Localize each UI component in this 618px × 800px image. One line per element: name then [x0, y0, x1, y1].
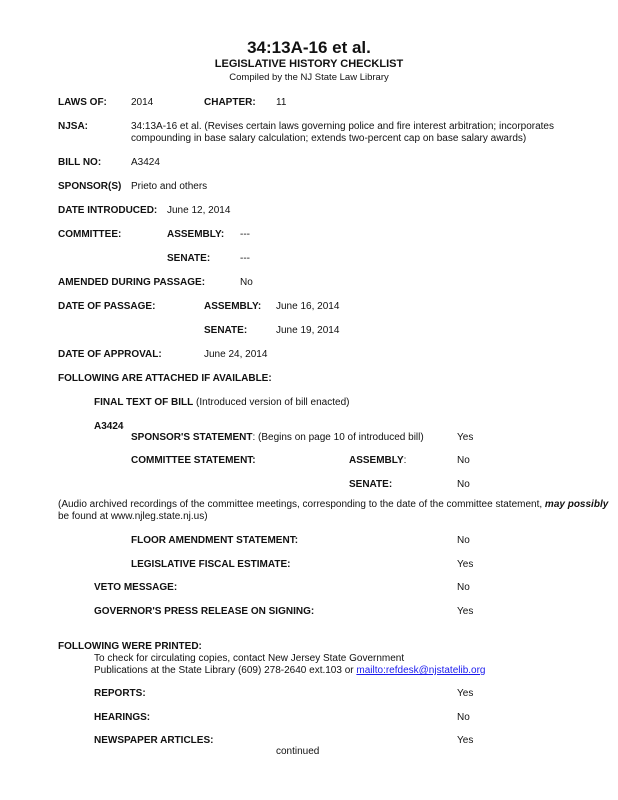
cs-assembly-label: ASSEMBLY: [349, 455, 404, 466]
veto-value: No: [457, 582, 470, 593]
audio-note-line1: (Audio archived recordings of the commit…: [58, 499, 608, 510]
audio-note-line2: be found at www.njleg.state.nj.us): [58, 511, 208, 522]
printed-line2-text: Publications at the State Library (609) …: [94, 665, 356, 676]
committee-senate-value: ---: [240, 253, 250, 264]
newspaper-value: Yes: [457, 735, 473, 746]
passage-senate-label: SENATE:: [204, 325, 247, 336]
reports-label: REPORTS:: [94, 688, 146, 699]
njsa-label: NJSA:: [58, 121, 88, 132]
njsa-value-line1: 34:13A-16 et al. (Revises certain laws g…: [131, 121, 554, 132]
final-text-note: (Introduced version of bill enacted): [193, 397, 349, 408]
fiscal-estimate-value: Yes: [457, 559, 473, 570]
date-of-approval-value: June 24, 2014: [204, 349, 267, 360]
press-release-value: Yes: [457, 606, 473, 617]
cs-assembly-row: ASSEMBLY:: [349, 455, 406, 466]
document-subtitle: LEGISLATIVE HISTORY CHECKLIST: [0, 58, 618, 70]
chapter-label: CHAPTER:: [204, 97, 256, 108]
email-link[interactable]: mailto:refdesk@njstatelib.org: [356, 665, 485, 676]
audio-note-emphasis: may possibly: [545, 499, 608, 510]
final-text-row: FINAL TEXT OF BILL (Introduced version o…: [94, 397, 349, 408]
sponsor-value: Prieto and others: [131, 181, 207, 192]
final-text-label: FINAL TEXT OF BILL: [94, 397, 193, 408]
sponsor-statement-label: SPONSOR'S STATEMENT: [131, 432, 252, 443]
cs-assembly-value: No: [457, 455, 470, 466]
njsa-value-line2: compounding in base salary calculation; …: [131, 133, 526, 144]
hearings-label: HEARINGS:: [94, 712, 150, 723]
veto-label: VETO MESSAGE:: [94, 582, 177, 593]
laws-of-label: LAWS OF:: [58, 97, 107, 108]
date-of-approval-label: DATE OF APPROVAL:: [58, 349, 162, 360]
printed-line2: Publications at the State Library (609) …: [94, 665, 486, 676]
cs-senate-label: SENATE:: [349, 479, 392, 490]
date-introduced-value: June 12, 2014: [167, 205, 230, 216]
bill-id: A3424: [94, 421, 123, 432]
committee-senate-label: SENATE:: [167, 253, 210, 264]
amended-value: No: [240, 277, 253, 288]
press-release-label: GOVERNOR'S PRESS RELEASE ON SIGNING:: [94, 606, 314, 617]
laws-of-value: 2014: [131, 97, 153, 108]
hearings-value: No: [457, 712, 470, 723]
attached-heading: FOLLOWING ARE ATTACHED IF AVAILABLE:: [58, 373, 272, 384]
bill-no-value: A3424: [131, 157, 160, 168]
passage-assembly-label: ASSEMBLY:: [204, 301, 261, 312]
chapter-value: 11: [276, 97, 286, 108]
date-of-passage-label: DATE OF PASSAGE:: [58, 301, 155, 312]
audio-note-part1: (Audio archived recordings of the commit…: [58, 499, 545, 510]
committee-assembly-label: ASSEMBLY:: [167, 229, 224, 240]
reports-value: Yes: [457, 688, 473, 699]
floor-amendment-label: FLOOR AMENDMENT STATEMENT:: [131, 535, 298, 546]
sponsor-statement-value: Yes: [457, 432, 473, 443]
passage-senate-value: June 19, 2014: [276, 325, 339, 336]
cs-senate-value: No: [457, 479, 470, 490]
newspaper-label: NEWSPAPER ARTICLES:: [94, 735, 213, 746]
date-introduced-label: DATE INTRODUCED:: [58, 205, 157, 216]
bill-no-label: BILL NO:: [58, 157, 101, 168]
amended-label: AMENDED DURING PASSAGE:: [58, 277, 205, 288]
committee-statement-label: COMMITTEE STATEMENT:: [131, 455, 256, 466]
cs-assembly-colon: :: [404, 455, 407, 466]
printed-heading: FOLLOWING WERE PRINTED:: [58, 641, 202, 652]
document-title: 34:13A-16 et al.: [0, 38, 618, 58]
compiled-by: Compiled by the NJ State Law Library: [0, 72, 618, 83]
printed-line1: To check for circulating copies, contact…: [94, 653, 404, 664]
committee-assembly-value: ---: [240, 229, 250, 240]
fiscal-estimate-label: LEGISLATIVE FISCAL ESTIMATE:: [131, 559, 290, 570]
sponsor-statement-row: SPONSOR'S STATEMENT: (Begins on page 10 …: [131, 432, 424, 443]
continued-note: continued: [276, 746, 319, 757]
committee-label: COMMITTEE:: [58, 229, 121, 240]
sponsor-statement-note: : (Begins on page 10 of introduced bill): [252, 432, 423, 443]
sponsor-label: SPONSOR(S): [58, 181, 121, 192]
passage-assembly-value: June 16, 2014: [276, 301, 339, 312]
floor-amendment-value: No: [457, 535, 470, 546]
